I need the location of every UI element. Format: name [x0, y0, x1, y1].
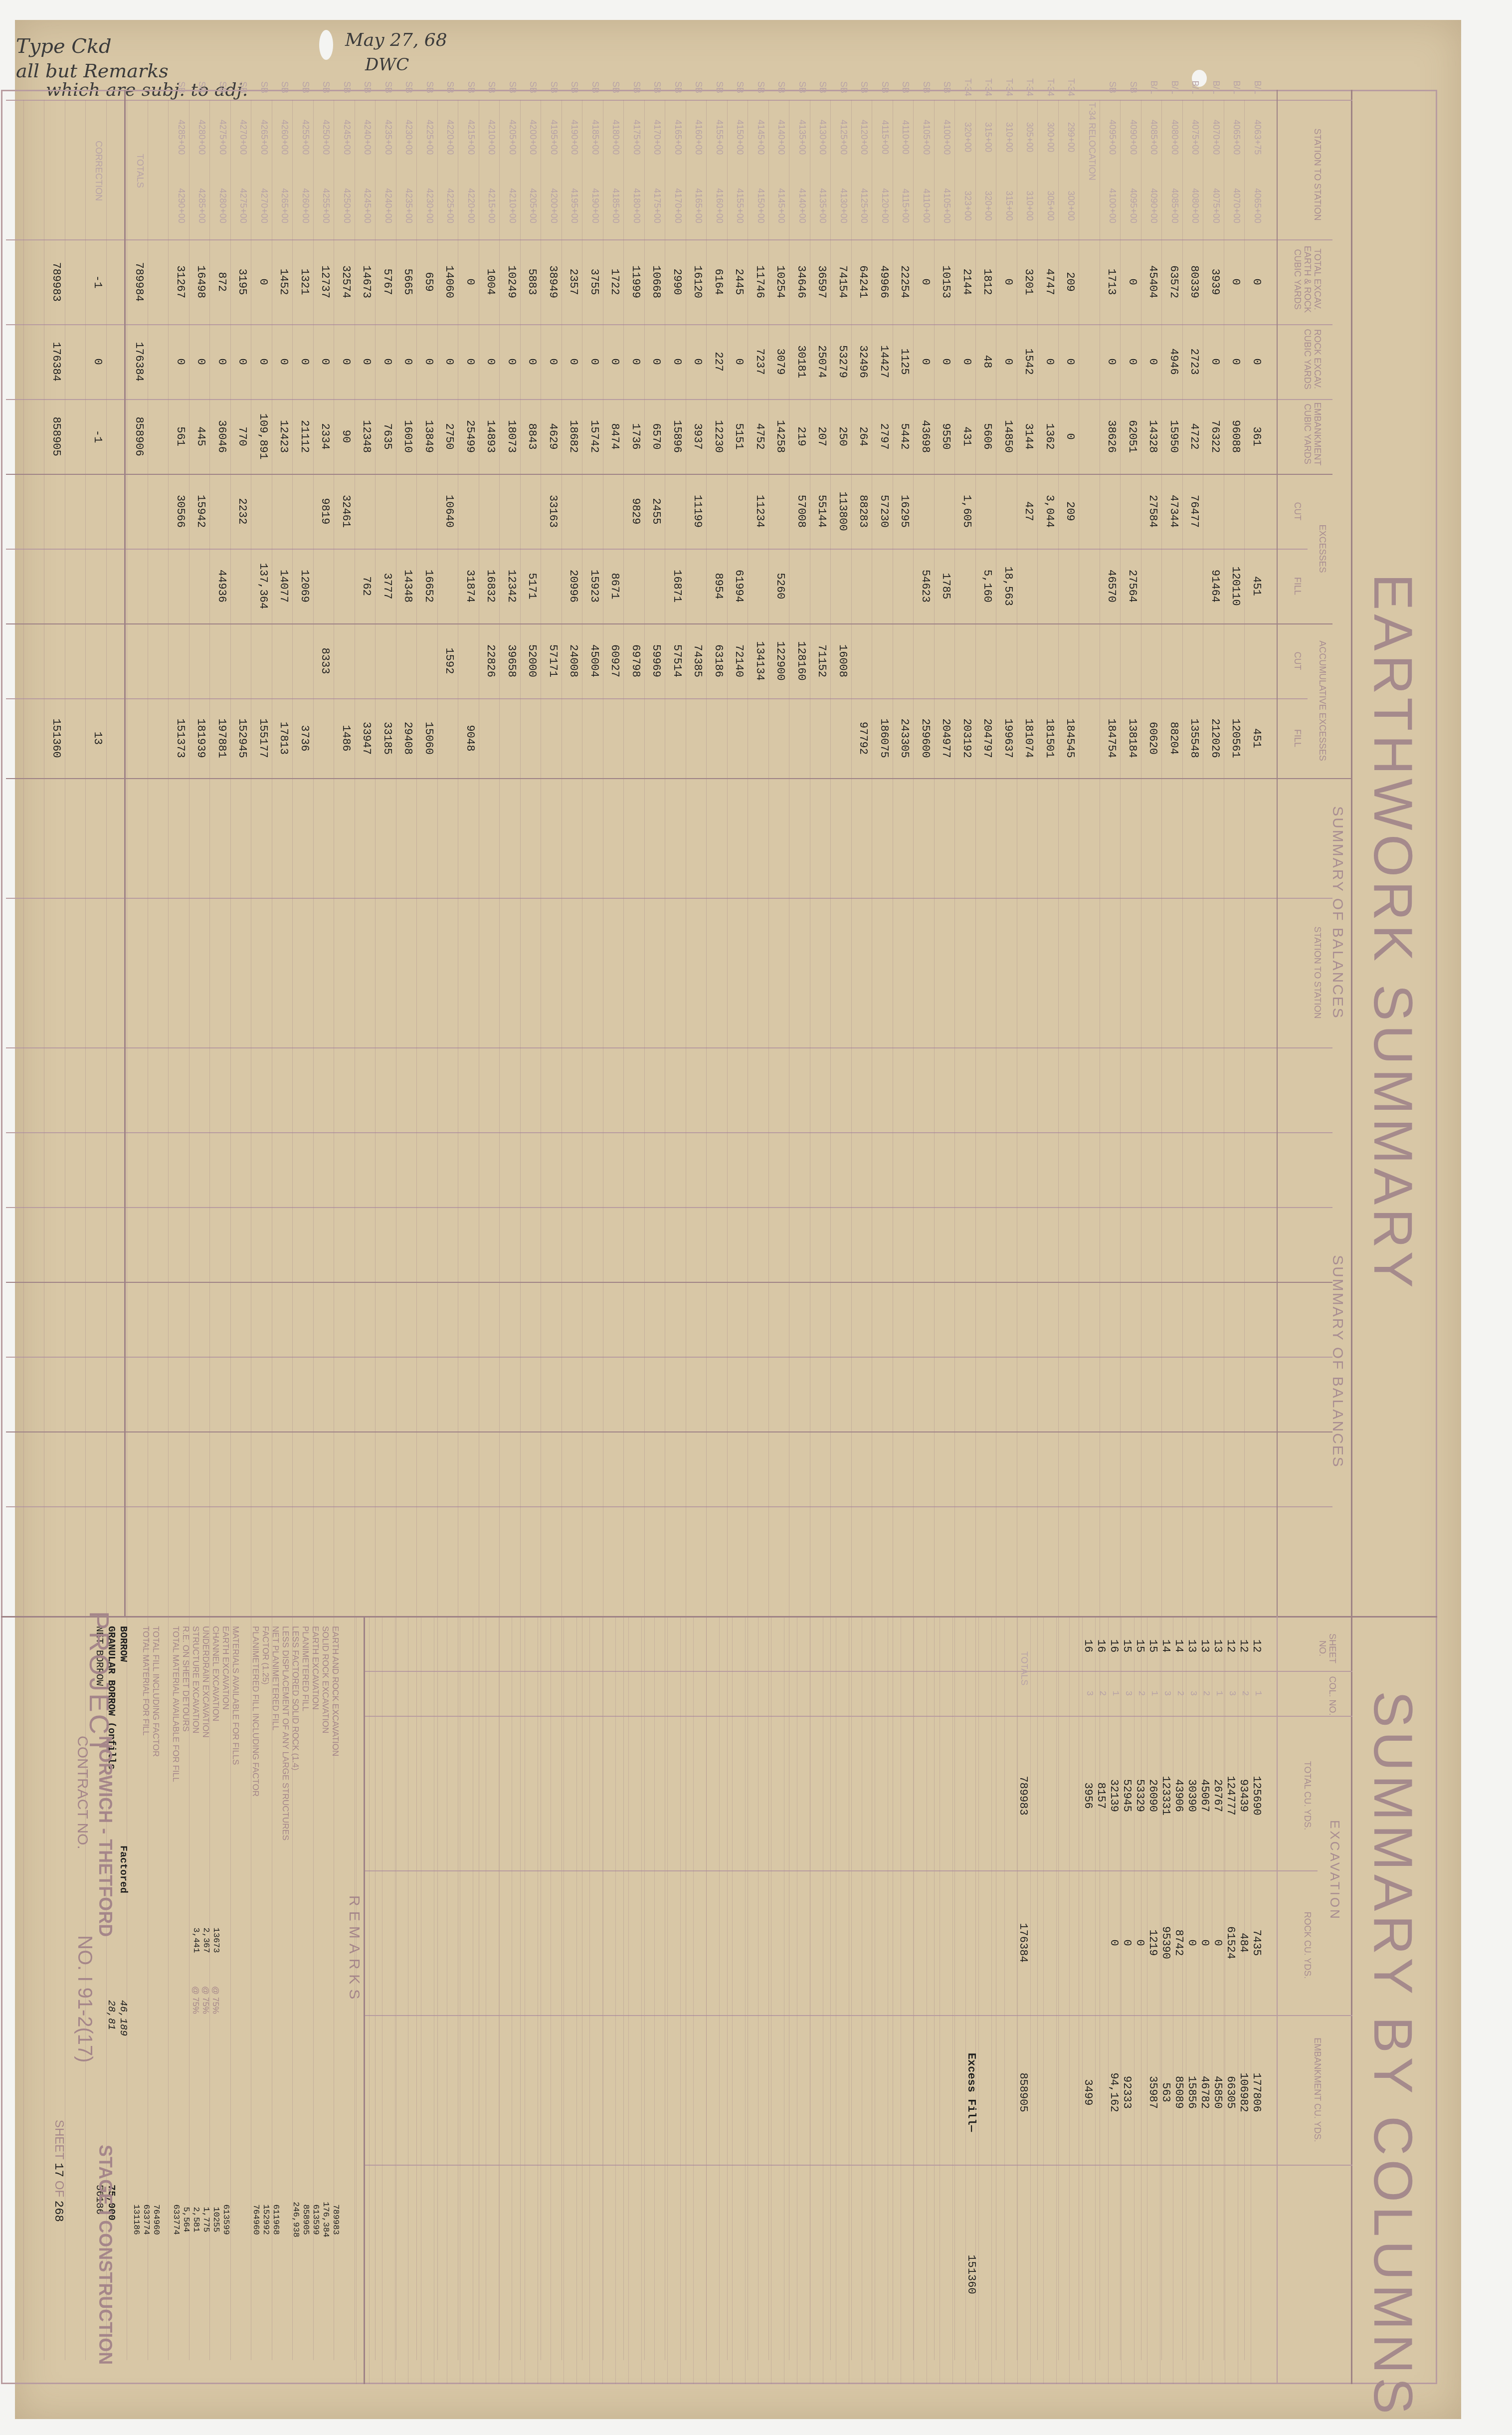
- row-rule: [875, 1616, 875, 2384]
- sbc-row: 1231247776152466305: [1226, 0, 1237, 2394]
- col-line: [6, 1431, 1332, 1432]
- cell-ex-cut: 9819: [319, 476, 332, 546]
- remarks-title: REMARKS: [346, 1895, 363, 2004]
- cell-from: 4280+00: [197, 102, 207, 172]
- sbc-rock: 484: [1237, 1875, 1250, 2010]
- row-rule: [927, 1616, 927, 2384]
- cell-emb: 16010: [402, 402, 414, 471]
- cell-acc-fill: 181501: [1043, 701, 1056, 776]
- totals-row: 789983176384858905151360: [49, 0, 62, 798]
- cell-code: SB: [176, 75, 187, 100]
- cell-acc-fill: 199637: [1002, 701, 1014, 776]
- remark-qty: 2,367: [201, 1910, 210, 1970]
- sbc-col: 3: [1084, 1676, 1094, 1711]
- cell-to: 4275+00: [238, 172, 249, 239]
- cell-rock: 0: [319, 327, 332, 397]
- cell-code: SB: [321, 75, 332, 100]
- sbc-rock: 0: [1198, 1875, 1211, 2010]
- row-rule: [872, 100, 873, 2360]
- sbc-total: 124777: [1224, 1726, 1237, 1865]
- cell-emb: 43698: [919, 402, 932, 471]
- sbc-sheet: 13: [1185, 1626, 1198, 1666]
- cell-acc-fill: 155177: [257, 701, 269, 776]
- summary-by-columns-title: SUMMARY BY COLUMNS: [1361, 1691, 1425, 2418]
- row-rule: [797, 1616, 797, 2384]
- sbc-sheet: 15: [1134, 1626, 1146, 1666]
- cell-acc-fill: 3736: [298, 701, 311, 776]
- cell-total: 209: [1064, 242, 1077, 322]
- cell-ex-fill: 5260: [774, 551, 787, 621]
- remark-value: 176,384: [321, 2175, 330, 2264]
- row-rule: [479, 100, 479, 2360]
- cell-rock: 48: [981, 327, 994, 397]
- cell-emb: 8843: [526, 402, 539, 471]
- row-rule: [1017, 1616, 1018, 2384]
- cell-to: 4105+00: [942, 172, 952, 239]
- sbc-sheet: 13: [1211, 1626, 1224, 1666]
- balance-row: SB4175+004180+001199901736982969798: [629, 0, 642, 798]
- cell-emb: 264: [857, 402, 870, 471]
- header-acc-cut: CUT: [1293, 623, 1303, 698]
- cell-emb: 14258: [774, 402, 787, 471]
- row-rule: [1108, 1616, 1109, 2384]
- row-rule: [955, 100, 955, 2360]
- sbc-row: 13126767045850: [1213, 0, 1224, 2394]
- cell-total: 5767: [381, 242, 393, 322]
- totals-total: 789983: [50, 242, 62, 322]
- excess-fill-label: Excess Fill—: [965, 2025, 977, 2160]
- row-rule: [417, 100, 417, 2360]
- remark-label: PLANIMETERED FILL: [300, 1626, 310, 1905]
- cell-rock: 1125: [899, 327, 911, 397]
- cell-code: SB: [921, 75, 932, 100]
- cell-to: 320+00: [983, 172, 994, 239]
- remark-label: CHANNEL EXCAVATION: [210, 1626, 220, 1905]
- cell-to: 4235+00: [404, 172, 414, 239]
- cell-to: 4185+00: [611, 172, 621, 239]
- sbc-header-line: [1277, 1616, 1278, 2384]
- cell-ex-cut: 57230: [878, 476, 890, 546]
- sheet-label: SHEET: [52, 2120, 66, 2160]
- totals-total: 789984: [133, 242, 145, 322]
- borrow-borrow-heading: BORROW: [117, 1626, 129, 1662]
- balance-row: SB4210+004215+0010040148931683222826: [484, 0, 497, 798]
- remark-value: 5,564: [181, 2175, 190, 2264]
- sbc-col: 1: [1110, 1676, 1120, 1711]
- cell-acc-cut: 57514: [671, 626, 683, 696]
- col-line: [6, 1207, 1332, 1208]
- cell-from: 4135+00: [797, 102, 807, 172]
- cell-to: 4130+00: [838, 172, 849, 239]
- cell-total: 14673: [361, 242, 373, 322]
- cell-acc-fill: 1486: [340, 701, 352, 776]
- cell-acc-cut: 71152: [816, 626, 828, 696]
- cell-code: T-34: [1066, 75, 1077, 100]
- row-rule: [615, 1616, 616, 2384]
- cell-rock: 30181: [795, 327, 807, 397]
- cell-code: SB: [549, 75, 559, 100]
- cell-ex-cut: 33163: [547, 476, 559, 546]
- cell-rock: 0: [692, 327, 704, 397]
- row-rule: [1212, 1616, 1212, 2384]
- balance-row: SB4240+004245+001467301234876233947: [360, 0, 373, 798]
- cell-total: 11999: [629, 242, 642, 322]
- row-rule: [1004, 1616, 1005, 2384]
- cell-emb: 561: [174, 402, 187, 471]
- cell-from: 315+00: [983, 102, 994, 172]
- cell-rock: 0: [485, 327, 497, 397]
- cell-from: 4120+00: [859, 102, 870, 172]
- row-rule: [940, 1616, 940, 2384]
- cell-from: 4190+00: [569, 102, 580, 172]
- sbc-sheet: 16: [1108, 1626, 1120, 1666]
- row-rule: [313, 100, 314, 2360]
- cell-to: 4230+00: [424, 172, 435, 239]
- balance-row: SB4170+004175+001066806570245559969: [650, 0, 663, 798]
- cell-ex-fill: 8671: [609, 551, 621, 621]
- sbc-emb: 66305: [1224, 2025, 1237, 2160]
- cell-from: 4210+00: [487, 102, 497, 172]
- sbc-sheet: 13: [1198, 1626, 1211, 1666]
- remark-rate: @ 75%: [200, 1975, 210, 2025]
- sbc-sheet: 15: [1146, 1626, 1159, 1666]
- sbc-rock: 8742: [1172, 1875, 1185, 2010]
- cell-rock: 0: [340, 327, 352, 397]
- cell-from: 4250+00: [321, 102, 332, 172]
- row-rule: [727, 100, 728, 2360]
- row-rule: [934, 100, 935, 2360]
- cell-code: SB: [445, 75, 456, 100]
- cell-to: 4215+00: [487, 172, 497, 239]
- row-rule: [1147, 1616, 1147, 2384]
- row-rule: [1095, 1616, 1096, 2384]
- sbc-emb: 15856: [1185, 2025, 1198, 2160]
- cell-rock: 0: [526, 327, 539, 397]
- cell-total: 2357: [567, 242, 580, 322]
- sbc-sheet: 14: [1172, 1626, 1185, 1666]
- cell-total: 2445: [733, 242, 746, 322]
- row-rule: [667, 1616, 668, 2384]
- row-rule: [23, 100, 24, 2360]
- cell-emb: 8474: [609, 402, 621, 471]
- cell-from: 4180+00: [611, 102, 621, 172]
- cell-acc-cut: 1592: [443, 626, 456, 696]
- remark-label: TOTAL MATERIAL FOR FILL: [141, 1626, 151, 1905]
- cell-ex-cut: 9829: [629, 476, 642, 546]
- sbc-col: 2: [1240, 1676, 1250, 1711]
- row-rule: [748, 100, 749, 2360]
- cell-code: SB: [342, 75, 352, 100]
- cell-rock: 0: [174, 327, 187, 397]
- cell-acc-fill: 17813: [278, 701, 290, 776]
- cell-rock: 25074: [816, 327, 828, 397]
- cell-from: 4240+00: [363, 102, 373, 172]
- row-rule: [576, 1616, 577, 2384]
- cell-total: 1321: [298, 242, 311, 322]
- remark-label: TOTAL FILL INCLUDING FACTOR: [151, 1626, 161, 1905]
- sbc-row: 13330390015856: [1187, 0, 1198, 2394]
- sbc-total: 8157: [1095, 1726, 1107, 1865]
- balance-row: T-34315+00320+0018124856065,160204797: [981, 0, 994, 798]
- sbc-row: 1628157: [1096, 0, 1107, 2394]
- cell-rock: 0: [505, 327, 518, 397]
- row-rule: [1038, 100, 1038, 2360]
- col-line: [6, 1282, 1332, 1283]
- cell-total: 0: [1002, 242, 1014, 322]
- row-rule: [789, 100, 790, 2360]
- borrow-granular-value: 28,81: [105, 2000, 117, 2030]
- cell-total: 10153: [940, 242, 952, 322]
- summary-of-balances-label: SUMMARY OF BALANCES: [1332, 688, 1342, 1137]
- remark-label: R.E. ON SHEET DETOURS: [181, 1626, 190, 1905]
- cell-total: 32574: [340, 242, 352, 322]
- cell-ex-cut: 16295: [899, 476, 911, 546]
- cell-from: 4175+00: [631, 102, 642, 172]
- cell-ex-cut: 2455: [650, 476, 663, 546]
- row-rule: [914, 1616, 914, 2384]
- sbc-sheet: 12: [1250, 1626, 1263, 1666]
- cell-acc-cut: 63186: [712, 626, 725, 696]
- cell-from: 4265+00: [259, 102, 269, 172]
- sbc-emb: 92333: [1121, 2025, 1133, 2160]
- row-rule: [169, 100, 169, 2360]
- cell-code: SB: [631, 75, 642, 100]
- cell-from: 4225+00: [424, 102, 435, 172]
- totals-rock: 176384: [50, 327, 62, 397]
- cell-to: 4260+00: [300, 172, 311, 239]
- cell-emb: 250: [836, 402, 849, 471]
- cell-to: 4140+00: [797, 172, 807, 239]
- row-rule: [421, 1616, 421, 2384]
- cell-to: 4280+00: [217, 172, 228, 239]
- sbc-total-label: TOTALS: [1019, 1626, 1029, 1711]
- row-rule: [473, 1616, 473, 2384]
- row-rule: [1121, 1616, 1122, 2384]
- cell-ex-cut: 11199: [692, 476, 704, 546]
- sbc-total-total: 789983: [1017, 1726, 1029, 1865]
- cell-emb: 18682: [567, 402, 580, 471]
- balance-row: SB4100+004105+0010153095501785204977: [940, 0, 952, 798]
- sbc-sheet: 16: [1095, 1626, 1107, 1666]
- cell-emb: 770: [236, 402, 249, 471]
- cell-from: 4275+00: [217, 102, 228, 172]
- cell-acc-fill: 29408: [402, 701, 414, 776]
- row-rule: [851, 100, 852, 2360]
- sbc-emb: 563: [1159, 2025, 1172, 2160]
- cell-total: 10254: [774, 242, 787, 322]
- cell-ex-fill: 5171: [526, 551, 539, 621]
- cell-emb: 7635: [381, 402, 393, 471]
- cell-to: 4145+00: [776, 172, 787, 239]
- sbc-row: 14312333195390563: [1161, 0, 1172, 2394]
- sbc-total: 26090: [1146, 1726, 1159, 1865]
- balance-row: SB4215+004220+000025499318749048: [463, 0, 476, 798]
- sbc-total-emb: 858905: [1017, 2025, 1029, 2160]
- cell-from: 4125+00: [838, 102, 849, 172]
- balance-row: SB4195+004200+0038949046293316357171: [546, 0, 559, 798]
- row-rule: [376, 100, 376, 2360]
- cell-total: 5665: [402, 242, 414, 322]
- balance-row: T-34310+00315+00001485018,563199637: [1001, 0, 1014, 798]
- cell-acc-fill: 259600: [919, 701, 932, 776]
- cell-emb: 12230: [712, 402, 725, 471]
- cell-rock: 0: [547, 327, 559, 397]
- row-rule: [641, 1616, 642, 2384]
- remark-label: UNDERDRAIN EXCAVATION: [200, 1626, 210, 1905]
- cell-from: 4130+00: [818, 102, 828, 172]
- cell-rock: 0: [422, 327, 435, 397]
- cell-emb: 6570: [650, 402, 663, 471]
- cell-total: 14060: [443, 242, 456, 322]
- cell-rock: 0: [381, 327, 393, 397]
- sheet-number: SHEET 17 OF 268: [51, 2120, 66, 2222]
- cell-ex-fill: 14348: [402, 551, 414, 621]
- sbc-totals-row: TOTALS789983176384858905: [1018, 0, 1029, 2394]
- cell-emb: 5606: [981, 402, 994, 471]
- cell-from: 300+00: [1045, 102, 1056, 172]
- cell-ex-fill: 18,563: [1002, 551, 1014, 621]
- cell-from: 4245+00: [342, 102, 352, 172]
- cell-ex-fill: 12342: [505, 551, 518, 621]
- sbc-total: 45067: [1198, 1726, 1211, 1865]
- cell-total: 872: [215, 242, 228, 322]
- header-embankment: EMBANKMENT CUBIC YARDS: [1303, 399, 1323, 469]
- cell-acc-cut: 74385: [692, 626, 704, 696]
- cell-ex-fill: 14077: [278, 551, 290, 621]
- cell-to: 4155+00: [735, 172, 746, 239]
- row-rule: [1160, 1616, 1160, 2384]
- col-line: [6, 1047, 1332, 1048]
- cell-from: 4270+00: [238, 102, 249, 172]
- cell-code: SB: [590, 75, 600, 100]
- sbc-total-rock: 176384: [1017, 1875, 1029, 2010]
- cell-code: SB: [797, 75, 807, 100]
- cell-total: 16498: [195, 242, 207, 322]
- cell-code: SB: [363, 75, 373, 100]
- row-rule: [810, 1616, 810, 2384]
- cell-total: 49966: [878, 242, 890, 322]
- cell-total: 0: [464, 242, 476, 322]
- borrow-factored-label: Factored: [117, 1845, 129, 1893]
- cell-to: 4200+00: [549, 172, 559, 239]
- cell-acc-cut: 52000: [526, 626, 539, 696]
- sbc-total: 30390: [1185, 1726, 1198, 1865]
- cell-acc-cut: 69798: [629, 626, 642, 696]
- cell-ex-fill: 3777: [381, 551, 393, 621]
- row-rule: [1069, 1616, 1070, 2384]
- cell-total: 11746: [754, 242, 766, 322]
- cell-code: SB: [714, 75, 725, 100]
- cell-ex-cut: 55144: [816, 476, 828, 546]
- remark-label: FACTOR (1.25): [260, 1626, 270, 1905]
- balance-row: SB4180+004185+00172208474867160927: [608, 0, 621, 798]
- cell-rock: 0: [940, 327, 952, 397]
- cell-acc-cut: 16008: [836, 626, 849, 696]
- cell-total: 1452: [278, 242, 290, 322]
- cell-ex-fill: 762: [361, 551, 373, 621]
- cell-ex-cut: 15942: [195, 476, 207, 546]
- cell-rock: 0: [671, 327, 683, 397]
- row-rule: [65, 100, 65, 2360]
- header-sbc-embankment: EMBANKMENT CU. YDS.: [1313, 2020, 1323, 2160]
- sbc-col: 3: [1188, 1676, 1198, 1711]
- cell-to: 4135+00: [818, 172, 828, 239]
- row-rule: [369, 1616, 370, 2384]
- row-rule: [602, 1616, 603, 2384]
- cell-ex-cut: 30566: [174, 476, 187, 546]
- row-rule: [44, 100, 45, 2360]
- cell-emb: 1362: [1043, 402, 1056, 471]
- cell-total: 31267: [174, 242, 187, 322]
- remark-label: STRUCTURE EXCAVATION: [190, 1626, 200, 1905]
- cell-ex-cut: 113800: [836, 476, 849, 546]
- row-rule: [1056, 1616, 1057, 2384]
- project-top-line: [124, 90, 126, 1616]
- cell-acc-fill: 181939: [195, 701, 207, 776]
- cell-code: SB: [300, 75, 311, 100]
- sbc-row: 12293439484106982: [1239, 0, 1250, 2394]
- cell-from: 4285+00: [176, 102, 187, 172]
- row-rule: [382, 1616, 382, 2384]
- cell-to: 4160+00: [714, 172, 725, 239]
- cell-code: SB: [611, 75, 621, 100]
- cell-code: T-34: [983, 75, 994, 100]
- cell-total: 2990: [671, 242, 683, 322]
- balance-row: T-34299+00300+0020900209184545: [1064, 0, 1077, 798]
- remarks-top-line: [364, 1616, 365, 2384]
- totals-acc-fill: 151360: [50, 701, 62, 776]
- remark-label: PLANIMETERED FILL INCLUDING FACTOR: [250, 1626, 260, 1905]
- header-excavation: EXCAVATION: [1330, 1721, 1340, 2020]
- cell-rock: 0: [298, 327, 311, 397]
- balance-row: T-34300+00305+004747013623,044181501: [1043, 0, 1056, 798]
- sbc-row: 13245067046782: [1200, 0, 1211, 2394]
- cell-total: 74154: [836, 242, 849, 322]
- col-line: [6, 1132, 1332, 1133]
- sbc-sheet: 16: [1082, 1626, 1094, 1666]
- row-rule: [1043, 1616, 1044, 2384]
- cell-rock: 0: [1002, 327, 1014, 397]
- remark-value: 633774: [141, 2175, 151, 2264]
- row-rule: [512, 1616, 512, 2384]
- cell-emb: 5442: [899, 402, 911, 471]
- row-rule: [888, 1616, 888, 2384]
- cell-code: SB: [942, 75, 952, 100]
- balance-row: SB4285+004290+0031267056130566151373: [174, 0, 187, 798]
- cell-rock: 227: [712, 327, 725, 397]
- sbc-total: 32139: [1108, 1726, 1120, 1865]
- col-line: [6, 898, 1332, 899]
- row-rule: [1173, 1616, 1173, 2384]
- row-rule: [562, 100, 562, 2360]
- sheet-value: 17: [51, 2163, 65, 2177]
- cell-code: SB: [197, 75, 207, 100]
- cell-rock: 0: [919, 327, 932, 397]
- header-sbc-rock: ROCK CU. YDS.: [1303, 1875, 1313, 2015]
- cell-code: SB: [859, 75, 870, 100]
- cell-rock: 0: [567, 327, 580, 397]
- row-rule: [831, 100, 831, 2360]
- remark-qty: 13673: [211, 1910, 220, 1970]
- cell-from: 4220+00: [445, 102, 456, 172]
- main-title: EARTHWORK SUMMARY: [1361, 574, 1425, 1292]
- cell-acc-cut: 22826: [485, 626, 497, 696]
- cell-from: 4165+00: [673, 102, 683, 172]
- remark-value: 764960: [251, 2175, 260, 2264]
- cell-ex-cut: 88283: [857, 476, 870, 546]
- cell-total: 16120: [692, 242, 704, 322]
- remark-label: LESS DISPLACEMENT OF ANY LARGE STRUCTURE…: [280, 1626, 290, 1905]
